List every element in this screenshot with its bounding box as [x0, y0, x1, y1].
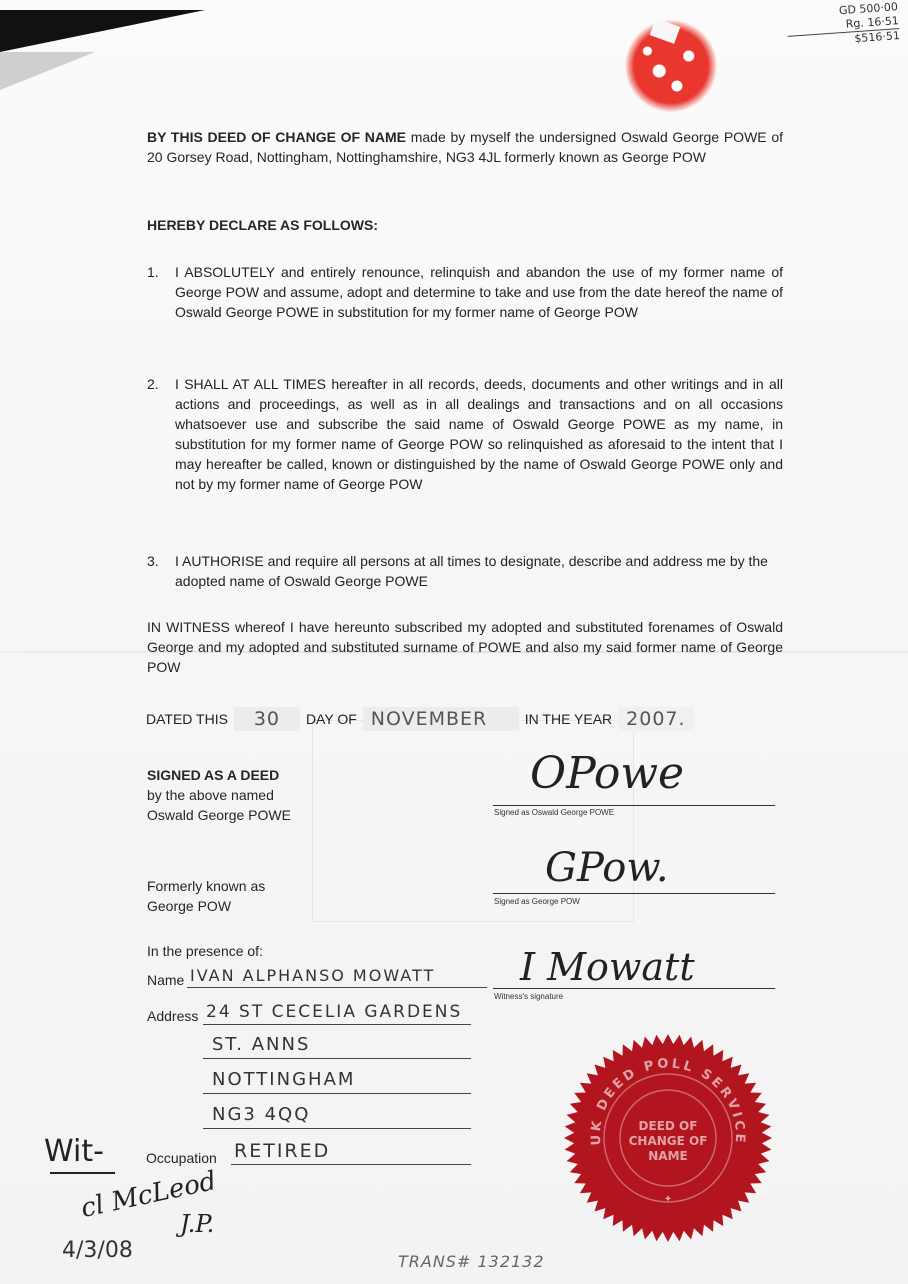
dated-month-field[interactable]: NOVEMBER	[363, 707, 519, 731]
signed-line-2: Oswald George POWE	[147, 805, 291, 825]
jp-date: 4/3/08	[62, 1238, 133, 1263]
intro-bold-lead: BY THIS DEED OF CHANGE OF NAME	[147, 129, 406, 145]
occupation-value[interactable]: RETIRED	[234, 1140, 330, 1162]
witness-address-label: Address	[147, 1006, 198, 1026]
day-of-label: DAY OF	[306, 711, 357, 727]
clause-text: I SHALL AT ALL TIMES hereafter in all re…	[175, 374, 783, 494]
scan-corner-shadow	[0, 10, 205, 52]
former-line-1: Formerly known as	[147, 876, 265, 896]
declare-heading: HEREBY DECLARE AS FOLLOWS:	[147, 215, 378, 235]
witness-signature: I Mowatt	[520, 945, 695, 989]
clause-text: I AUTHORISE and require all persons at a…	[175, 551, 783, 591]
deed-poll-seal-icon: UK DEED POLL SERVICE DEED OF CHANGE OF N…	[562, 1032, 774, 1244]
in-the-year-label: IN THE YEAR	[525, 711, 612, 727]
clause-number: 3.	[147, 551, 159, 571]
signed-block: SIGNED AS A DEED by the above named Oswa…	[147, 765, 291, 825]
clause-2: 2. I SHALL AT ALL TIMES hereafter in all…	[147, 374, 783, 494]
seal-inner-line-3: NAME	[648, 1149, 687, 1163]
signature-line-pow[interactable]	[493, 893, 775, 894]
svg-text:✦: ✦	[664, 1194, 672, 1205]
signature-caption-pow: Signed as George POW	[494, 897, 580, 906]
signature-line-powe[interactable]	[493, 805, 775, 806]
clause-text: I ABSOLUTELY and entirely renounce, reli…	[175, 262, 783, 322]
wit-underline	[50, 1172, 115, 1174]
dated-this-label: DATED THIS	[146, 711, 228, 727]
address-line-2[interactable]: ST. ANNS	[212, 1034, 310, 1055]
clause-1: 1. I ABSOLUTELY and entirely renounce, r…	[147, 262, 783, 322]
intro-paragraph: BY THIS DEED OF CHANGE OF NAME made by m…	[147, 127, 783, 167]
witness-name-line	[187, 987, 487, 988]
witness-signature-caption: Witness's signature	[494, 992, 563, 1001]
dated-year-field[interactable]: 2007.	[618, 707, 693, 731]
signature-oswald-george-powe: OPowe	[530, 748, 684, 799]
red-ink-stamp-icon	[612, 16, 730, 116]
transaction-number: TRANS# 132132	[398, 1252, 545, 1271]
address-line-2-rule	[203, 1058, 471, 1059]
witness-signature-line[interactable]	[493, 988, 775, 989]
occupation-rule	[231, 1164, 471, 1165]
dated-row: DATED THIS 30 DAY OF NOVEMBER IN THE YEA…	[146, 707, 694, 731]
signed-line-1: by the above named	[147, 785, 291, 805]
presence-label: In the presence of:	[147, 941, 263, 961]
fee-note: GD 500·00 Rg. 16·51 $516·51	[786, 0, 901, 51]
signature-caption-powe: Signed as Oswald George POWE	[494, 808, 614, 817]
address-line-1[interactable]: 24 ST CECELIA GARDENS	[206, 1002, 462, 1022]
signed-heading: SIGNED AS A DEED	[147, 765, 291, 785]
clause-3: 3. I AUTHORISE and require all persons a…	[147, 551, 783, 591]
wit-annotation: Wit-	[44, 1134, 104, 1169]
address-line-4[interactable]: NG3 4QQ	[212, 1104, 310, 1125]
clause-number: 2.	[147, 374, 159, 394]
address-line-3[interactable]: NOTTINGHAM	[212, 1069, 355, 1090]
seal-inner-line-2: CHANGE OF	[629, 1134, 708, 1148]
witness-name-label: Name	[147, 970, 184, 990]
former-block: Formerly known as George POW	[147, 876, 265, 916]
scan-corner-fold	[0, 52, 95, 90]
seal-inner-line-1: DEED OF	[639, 1119, 698, 1133]
address-line-1-rule	[203, 1024, 471, 1025]
dated-day-field[interactable]: 30	[234, 707, 300, 731]
witness-name-value[interactable]: IVAN ALPHANSO MOWATT	[190, 966, 435, 985]
occupation-label: Occupation	[146, 1148, 217, 1168]
address-line-4-rule	[203, 1128, 471, 1129]
witness-paragraph: IN WITNESS whereof I have hereunto subsc…	[147, 617, 783, 677]
jp-mark: J.P.	[180, 1210, 214, 1238]
address-line-3-rule	[203, 1093, 471, 1094]
clause-number: 1.	[147, 262, 159, 282]
signature-george-pow: GPow.	[545, 845, 669, 891]
former-line-2: George POW	[147, 896, 265, 916]
